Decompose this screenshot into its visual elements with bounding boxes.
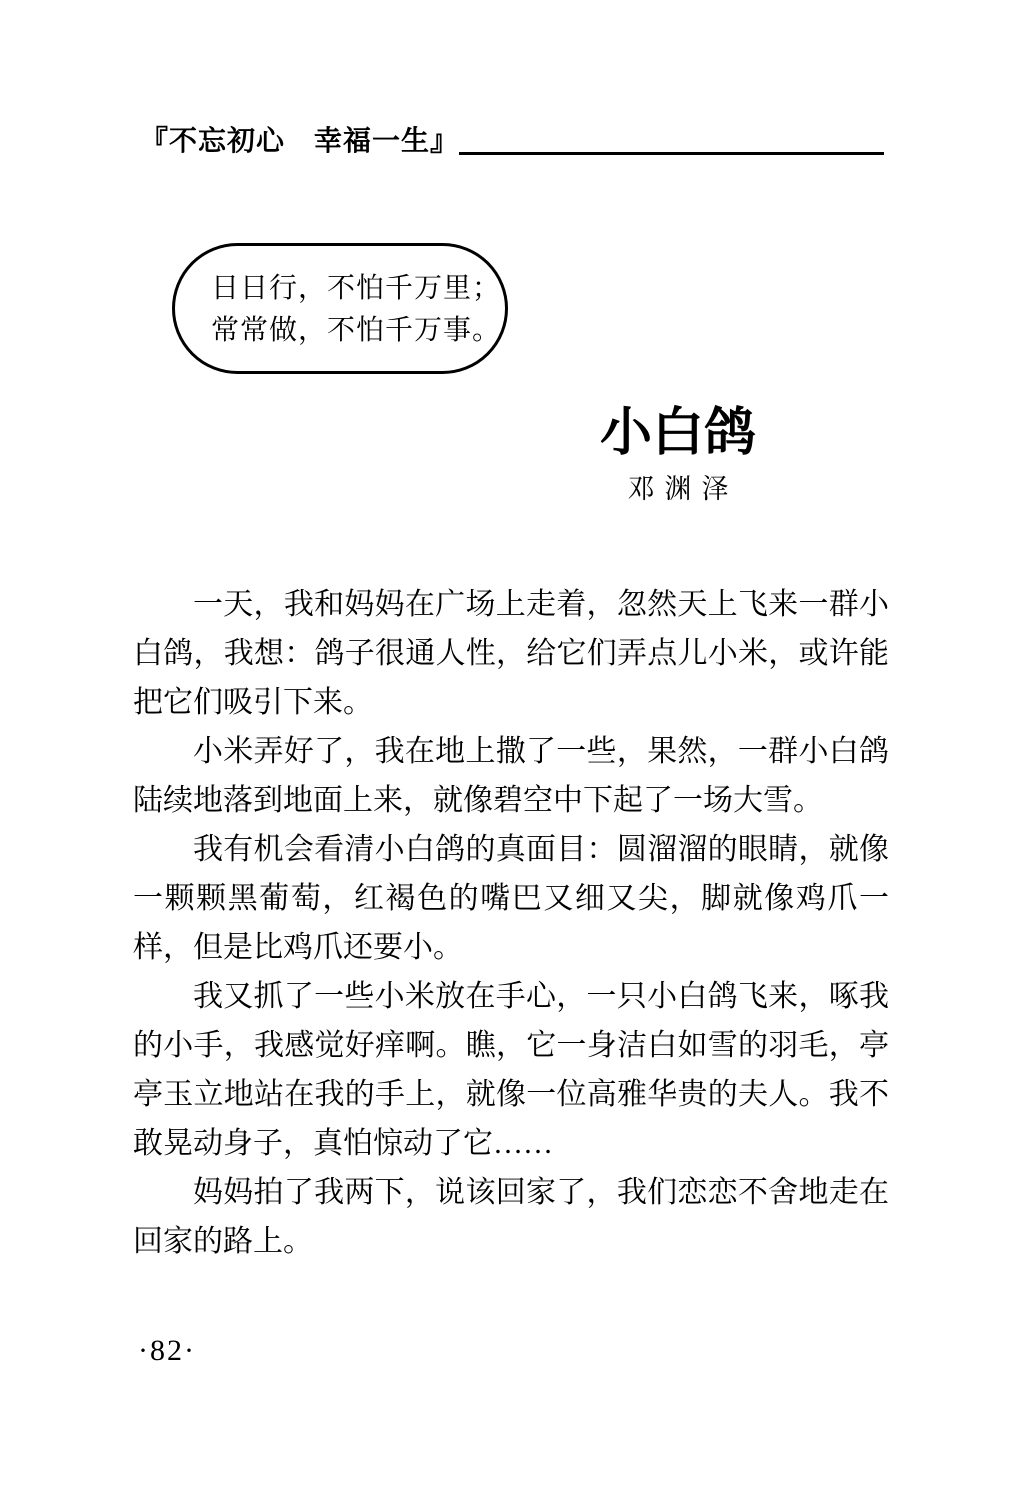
running-head-title: 『不忘初心 幸福一生』 [140,124,459,158]
quote-line-1: 日日行，不怕千万里； [211,267,505,309]
page-number: ·82· [138,1332,196,1370]
paragraph: 妈妈拍了我两下，说该回家了，我们恋恋不舍地走在回家的路上。 [133,1168,889,1266]
paragraph: 小米弄好了，我在地上撒了一些，果然，一群小白鸽陆续地落到地面上来，就像碧空中下起… [133,727,889,825]
book-page: 『不忘初心 幸福一生』 日日行，不怕千万里； 常常做，不怕千万事。 小白鸽 邓渊… [0,0,1024,1497]
article-body: 一天，我和妈妈在广场上走着，忽然天上飞来一群小白鸽，我想：鸽子很通人性，给它们弄… [133,580,889,1266]
paragraph: 我又抓了一些小米放在手心，一只小白鸽飞来，啄我的小手，我感觉好痒啊。瞧，它一身洁… [133,972,889,1168]
article-title: 小白鸽 [528,404,828,464]
running-head-rule [459,152,884,155]
quote-line-2: 常常做，不怕千万事。 [211,309,505,351]
article-author: 邓渊泽 [528,472,828,506]
quote-bubble: 日日行，不怕千万里； 常常做，不怕千万事。 [172,243,508,374]
paragraph: 我有机会看清小白鸽的真面目：圆溜溜的眼睛，就像一颗颗黑葡萄，红褐色的嘴巴又细又尖… [133,825,889,972]
running-head: 『不忘初心 幸福一生』 [140,124,884,158]
paragraph: 一天，我和妈妈在广场上走着，忽然天上飞来一群小白鸽，我想：鸽子很通人性，给它们弄… [133,580,889,727]
